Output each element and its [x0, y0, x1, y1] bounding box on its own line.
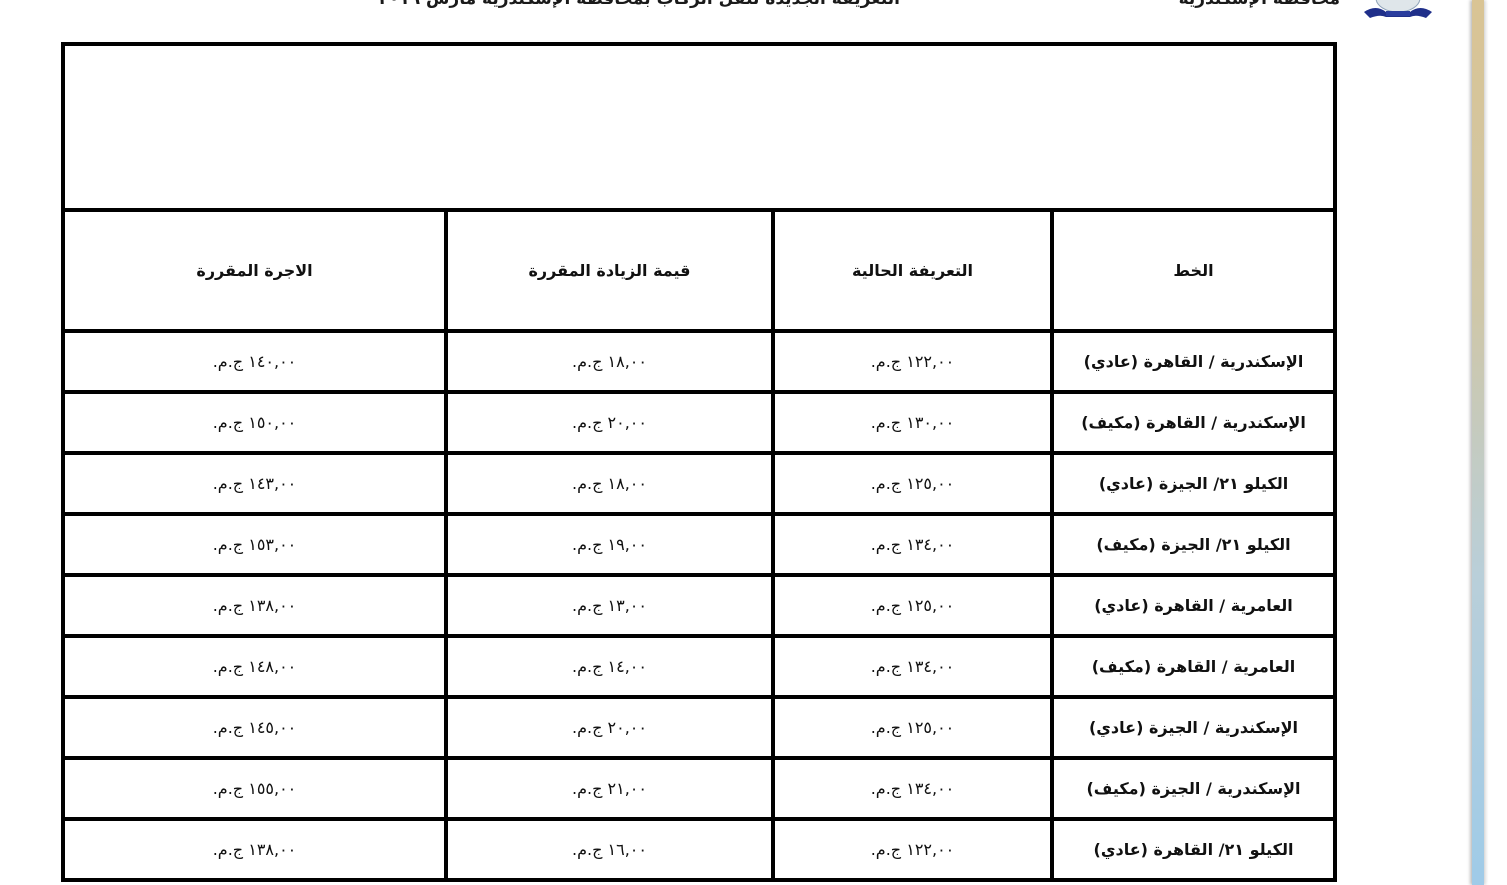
cell-increase: ١٤,٠٠ ج.م. [446, 636, 773, 697]
cell-final-fare: ١٤٨,٠٠ ج.م. [63, 636, 446, 697]
cell-line: الإسكندرية / الجيزة (عادي) [1052, 697, 1335, 758]
table-title-row [63, 44, 1335, 210]
cell-line: الإسكندرية / الجيزة (مكيف) [1052, 758, 1335, 819]
window-edge-bar [1472, 0, 1484, 885]
cell-increase: ١٩,٠٠ ج.م. [446, 514, 773, 575]
cell-increase: ١٦,٠٠ ج.م. [446, 819, 773, 880]
column-header-current-fare: التعريفة الحالية [773, 210, 1052, 331]
cell-line: العامرية / القاهرة (عادي) [1052, 575, 1335, 636]
table-row: الكيلو ٢١/ القاهرة (عادي) ١٢٢,٠٠ ج.م. ١٦… [63, 819, 1335, 880]
table-row: الإسكندرية / القاهرة (عادي) ١٢٢,٠٠ ج.م. … [63, 331, 1335, 392]
column-header-line: الخط [1052, 210, 1335, 331]
cell-current-fare: ١٢٥,٠٠ ج.م. [773, 575, 1052, 636]
cell-increase: ٢٠,٠٠ ج.م. [446, 392, 773, 453]
cell-line: الإسكندرية / القاهرة (مكيف) [1052, 392, 1335, 453]
column-header-increase: قيمة الزيادة المقررة [446, 210, 773, 331]
cell-increase: ٢١,٠٠ ج.م. [446, 758, 773, 819]
cell-current-fare: ١٣٤,٠٠ ج.م. [773, 514, 1052, 575]
table-row: الكيلو ٢١/ الجيزة (مكيف) ١٣٤,٠٠ ج.م. ١٩,… [63, 514, 1335, 575]
governorate-emblem-icon [1356, 0, 1440, 20]
cell-final-fare: ١٥٥,٠٠ ج.م. [63, 758, 446, 819]
table-header-row: الخط التعريفة الحالية قيمة الزيادة المقر… [63, 210, 1335, 331]
cell-increase: ١٨,٠٠ ج.م. [446, 453, 773, 514]
cell-current-fare: ١٢٢,٠٠ ج.م. [773, 819, 1052, 880]
cell-current-fare: ١٣٤,٠٠ ج.م. [773, 758, 1052, 819]
cell-current-fare: ١٢٥,٠٠ ج.م. [773, 697, 1052, 758]
cell-line: الكيلو ٢١/ الجيزة (مكيف) [1052, 514, 1335, 575]
blank-title-cell [63, 44, 1335, 210]
cell-increase: ١٣,٠٠ ج.م. [446, 575, 773, 636]
governorate-name: محافظة الإسكندرية [1180, 0, 1340, 9]
cell-final-fare: ١٥٠,٠٠ ج.م. [63, 392, 446, 453]
document-title: التعريفة الجديدة لنقل الركاب بمحافظة الإ… [430, 0, 900, 9]
table-row: الإسكندرية / القاهرة (مكيف) ١٣٠,٠٠ ج.م. … [63, 392, 1335, 453]
cell-current-fare: ١٣٤,٠٠ ج.م. [773, 636, 1052, 697]
column-header-final-fare: الاجرة المقررة [63, 210, 446, 331]
cell-line: الكيلو ٢١/ القاهرة (عادي) [1052, 819, 1335, 880]
cell-current-fare: ١٢٥,٠٠ ج.م. [773, 453, 1052, 514]
cell-increase: ٢٠,٠٠ ج.م. [446, 697, 773, 758]
table-row: الإسكندرية / الجيزة (عادي) ١٢٥,٠٠ ج.م. ٢… [63, 697, 1335, 758]
cell-final-fare: ١٤٣,٠٠ ج.م. [63, 453, 446, 514]
fare-table: الخط التعريفة الحالية قيمة الزيادة المقر… [61, 42, 1337, 882]
cell-current-fare: ١٢٢,٠٠ ج.م. [773, 331, 1052, 392]
cell-final-fare: ١٤٥,٠٠ ج.م. [63, 697, 446, 758]
cell-line: الإسكندرية / القاهرة (عادي) [1052, 331, 1335, 392]
table-row: الكيلو ٢١/ الجيزة (عادي) ١٢٥,٠٠ ج.م. ١٨,… [63, 453, 1335, 514]
cell-increase: ١٨,٠٠ ج.م. [446, 331, 773, 392]
cell-final-fare: ١٤٠,٠٠ ج.م. [63, 331, 446, 392]
cell-line: العامرية / القاهرة (مكيف) [1052, 636, 1335, 697]
table-row: العامرية / القاهرة (عادي) ١٢٥,٠٠ ج.م. ١٣… [63, 575, 1335, 636]
cell-line: الكيلو ٢١/ الجيزة (عادي) [1052, 453, 1335, 514]
table-row: الإسكندرية / الجيزة (مكيف) ١٣٤,٠٠ ج.م. ٢… [63, 758, 1335, 819]
cell-final-fare: ١٣٨,٠٠ ج.م. [63, 819, 446, 880]
cell-final-fare: ١٣٨,٠٠ ج.م. [63, 575, 446, 636]
cell-current-fare: ١٣٠,٠٠ ج.م. [773, 392, 1052, 453]
cell-final-fare: ١٥٣,٠٠ ج.م. [63, 514, 446, 575]
table-row: العامرية / القاهرة (مكيف) ١٣٤,٠٠ ج.م. ١٤… [63, 636, 1335, 697]
